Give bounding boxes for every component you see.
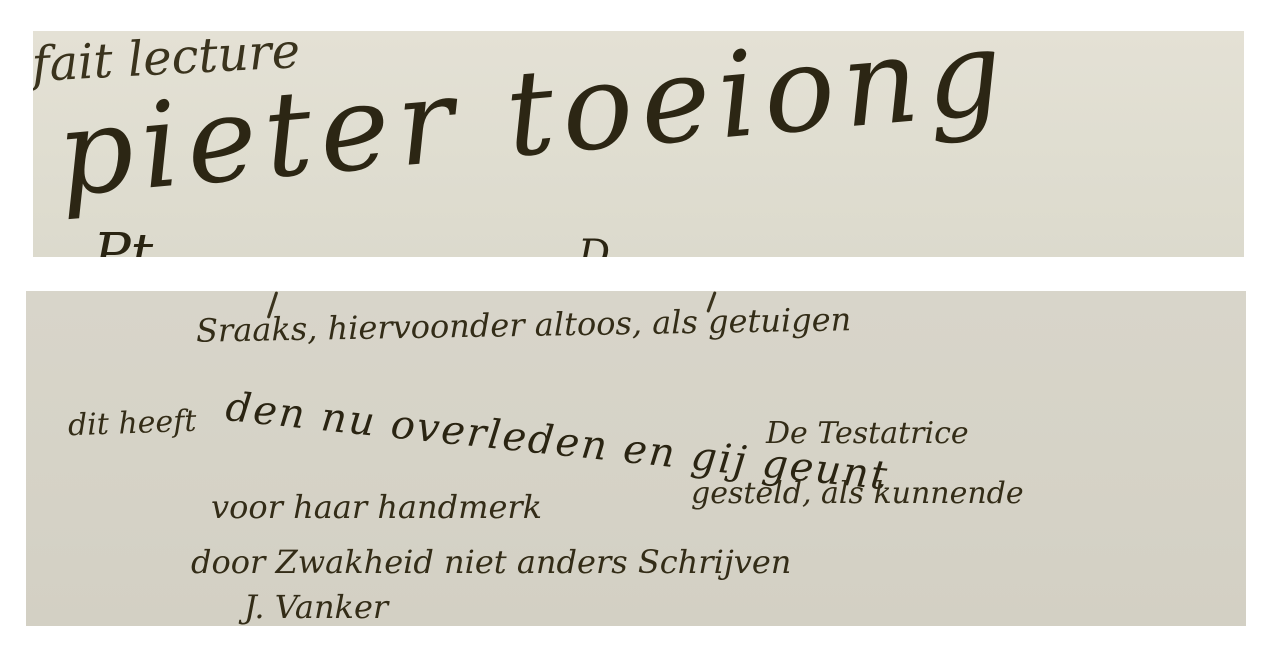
cropped-fragment-left: Pt (93, 227, 153, 257)
manuscript-line-2-right: De Testatrice (766, 419, 969, 449)
signature: J. Vanker (244, 591, 388, 623)
cropped-fragment-right: D (578, 235, 610, 257)
manuscript-line-3-right: gesteld, als kunnende (691, 479, 1024, 509)
manuscript-line-2-left: dit heeft (68, 407, 197, 441)
manuscript-line-4: door Zwakheid niet anders Schrijven (191, 546, 791, 578)
manuscript-line-3-left: voor haar handmerk (211, 491, 542, 523)
manuscript-scan-top: fait lecture pieter toeiong Pt D (33, 31, 1244, 257)
manuscript-line-1: Sraaks, hiervoonder altoos, als getuigen (196, 303, 852, 346)
manuscript-scan-bottom: Sraaks, hiervoonder altoos, als getuigen… (26, 291, 1246, 626)
